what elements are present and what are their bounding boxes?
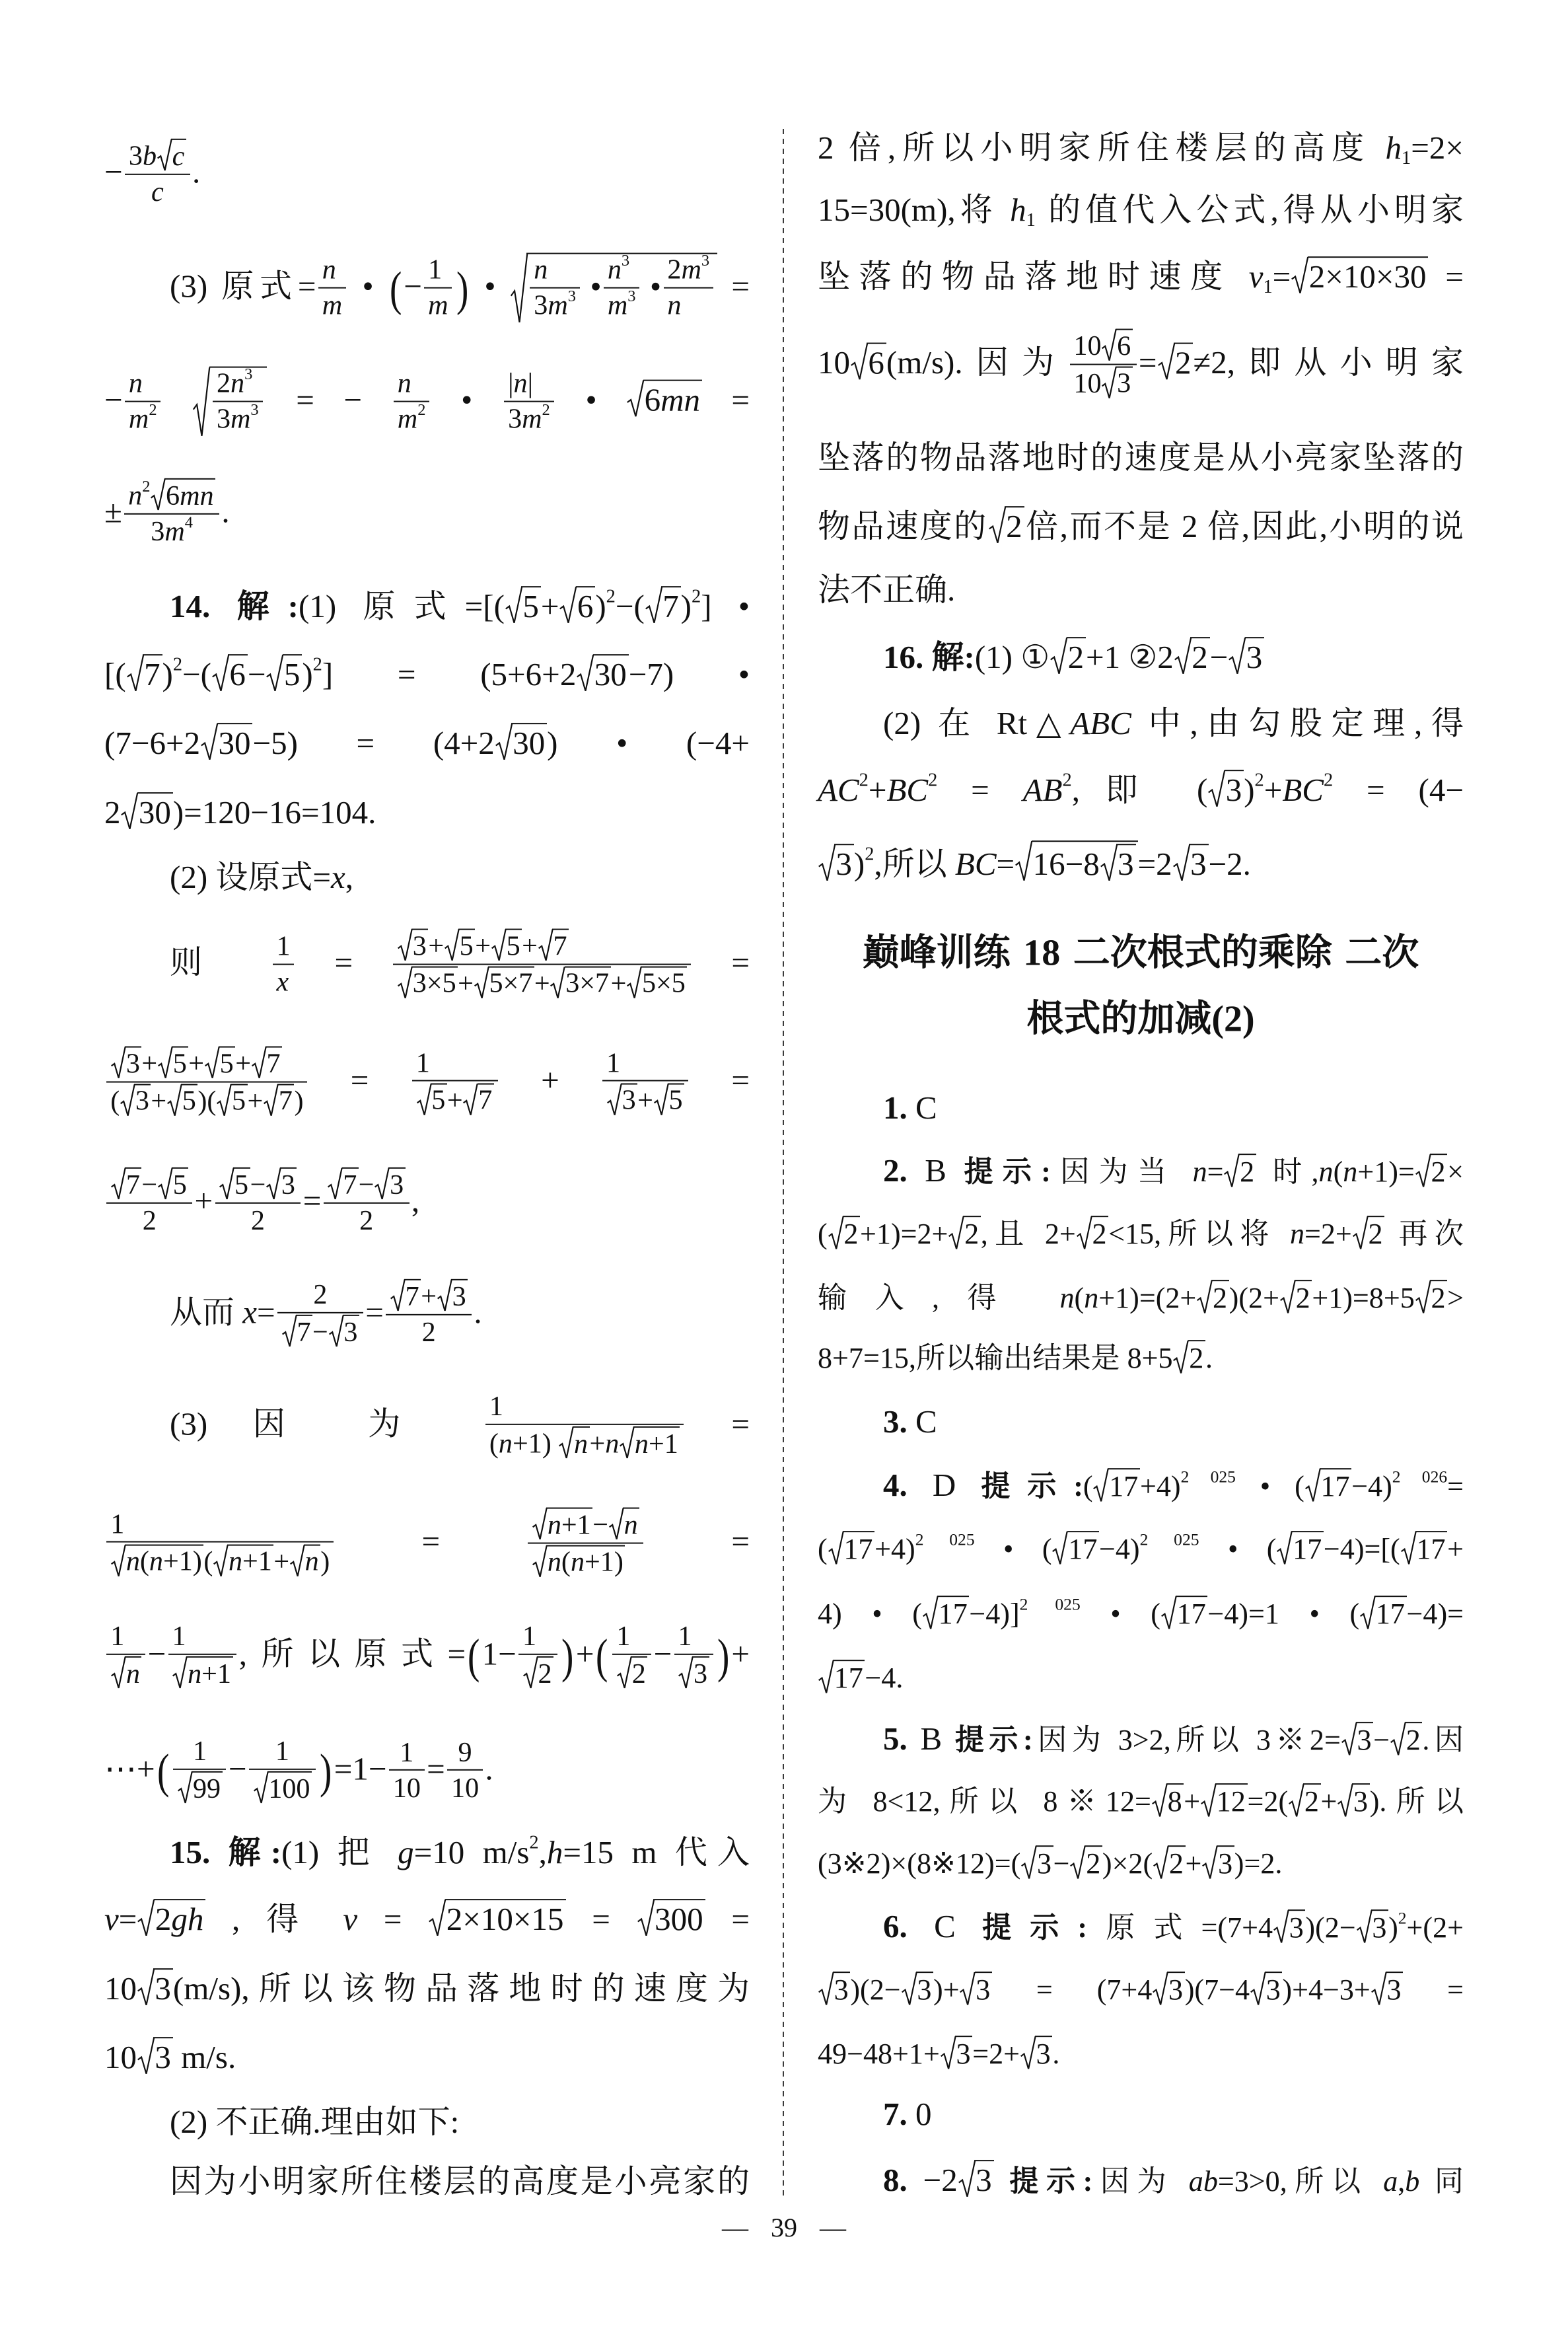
math-variable: g [398,1834,414,1870]
math-variable: n [499,1428,513,1459]
radicand: 17 [1176,1596,1207,1630]
radicand: 3 [916,1972,933,2006]
q13-solution-line: (3) 原式=nm • (−1m) • n3m3 •n3m3 •2m3n = [104,253,750,324]
fraction-numerator: 3bc [125,139,190,174]
radicand: 6 [1116,329,1132,361]
radicand: 5 [668,1083,684,1115]
math-variable: n [322,254,336,285]
math-variable: n [188,1658,201,1689]
radicand: 7 [552,929,569,961]
fraction-denominator: m2 [394,402,429,435]
radical-sign [1341,1722,1357,1756]
hint-text: 提示:因为 ab=3>0,所以 a,b 同 [1009,2165,1464,2197]
hint-text: 49−48+1+3=2+3. [818,2038,1059,2070]
fraction-denominator: 3 [674,1655,713,1690]
fraction-numerator: 106 [1070,329,1137,365]
math-variable: m [398,404,417,435]
square-root: 7 [282,1315,312,1347]
square-root: 17 [923,1596,970,1630]
square-root: 5×5 [627,966,687,998]
radical-sign [627,380,643,417]
roman-text: 18 [1023,933,1060,974]
radicand: 5×5 [641,966,687,998]
q15-solution-line: 法不正确. [818,569,1464,611]
radicand: 7 [143,654,162,691]
fraction-denominator: 2 [106,1204,192,1237]
fraction-denominator: x [273,965,295,998]
math-variable: n [1084,1282,1098,1314]
fraction-denominator: 3m2 [504,402,553,435]
square-root: 6 [851,342,886,379]
fraction: nm2 [394,368,429,435]
radicand: 3 [1225,770,1244,807]
radical-sign [111,1544,125,1576]
square-root: 2 [828,1216,860,1250]
radicand: 3 [834,844,853,881]
q14-solution-line: (2) 设原式=x, [104,856,750,899]
square-root: 2 [1070,1846,1102,1880]
square-root: 3 [1102,366,1132,398]
exponent: 2 025 [1181,1467,1236,1487]
hint-text: 4) • (17−4)]2 025 • (17−4)=1 • (17−4)= [818,1598,1464,1630]
exponent: 3 [568,287,576,305]
bold-label: 提示: [982,1911,1087,1944]
fraction-numerator: 1 [412,1047,498,1082]
square-root: 3 [1153,1972,1184,2006]
math-variable: n [305,1546,319,1577]
radical-sign [609,1508,624,1540]
q15-solution-line: 103(m/s),所以该物品落地时的速度为 [104,1968,750,2010]
fraction-denominator: 2 [386,1315,472,1348]
left-column: −3bcc. (3) 原式=nm • (−1m) • n3m3 •n3m3 •2… [104,0,750,2325]
hint-text: 提示:原式=(7+43)(2−3)2+(2+ [982,1911,1464,1944]
radical-sign [1353,1216,1368,1250]
math-variable: n [514,368,528,399]
radicand: 12 [1215,1784,1247,1818]
math-variable: m [681,254,701,285]
math-variable: h [547,1834,563,1870]
radical-sign [1161,1596,1176,1630]
radical-sign [532,1545,547,1577]
square-root: 17 [1360,1596,1407,1630]
radical-sign [1100,844,1117,881]
fraction-numerator: |n| [504,368,553,402]
radicand: 17 [833,1660,865,1694]
radical-sign [617,1656,631,1689]
q15-solution-line: 2 倍,所以小明家所住楼层的高度 h1=2× [818,127,1464,169]
square-root: 5 [445,929,475,961]
fraction: 13 [674,1621,713,1689]
radical-sign [127,654,143,691]
radicand: 7 [125,1167,141,1200]
roman-text: m/s [184,1970,231,2007]
exponent: 2 [692,586,701,607]
radicand: 5 [505,929,522,961]
exponent: 2 [606,586,616,607]
square-root: 2 [1415,1154,1447,1188]
radicand: 2 [1174,342,1193,379]
fraction-denominator: 2 [324,1204,410,1237]
math-variable: x [242,1294,257,1330]
radical-sign [137,1899,154,1936]
radicand: 3 [451,1279,468,1311]
square-root: 12 [1201,1784,1248,1818]
q13-solution-line: −3bcc. [104,141,750,209]
fraction-denominator: 3m4 [124,515,219,548]
radical-sign [254,1771,268,1804]
square-root: 3 [1337,1784,1369,1818]
answer-5-hint-line: (3※2)×(8※12)=(3−2)×2(2+3)=2. [818,1841,1464,1884]
exponent: 2 026 [1392,1467,1447,1487]
roman-text: m/s [483,1834,530,1870]
q15-solution-line: 坠落的物品落地时速度 v1=2×10×30 = [818,256,1464,298]
radical-sign [902,1972,917,2006]
radical-sign [637,1899,654,1936]
radicand: 6 [867,342,886,379]
exponent: 2 [1255,770,1264,790]
square-root: 2 [1353,1216,1384,1250]
radicand: 3 [411,929,428,961]
radicand: 5 [231,1084,247,1116]
radicand: 3 [1356,1722,1373,1756]
math-variable: v [104,1901,119,1937]
fraction-numerator: n26mn [124,478,219,514]
radical-sign [329,1315,343,1347]
exponent: 3 [250,401,258,419]
radical-sign [627,966,641,998]
square-root: 2 [523,1656,553,1689]
answer-key-page: −3bcc. (3) 原式=nm • (−1m) • n3m3 •n3m3 •2… [0,0,1568,2325]
radical-sign [137,2037,154,2074]
exponent: 3 [701,252,709,270]
q15-solution-line: (2) 不正确.理由如下: [104,2101,750,2143]
radicand: 2×10×30 [1308,256,1429,293]
hint-text: (3※2)×(8※12)=(3−2)×2(2+3)=2. [818,1847,1282,1880]
square-root: n [111,1656,141,1689]
fraction-numerator: 7−3 [324,1167,410,1203]
math-variable: m [231,404,250,435]
subscript: 1 [1402,148,1411,168]
exponent: 2 [865,844,874,864]
math-variable: x [277,966,289,997]
q13-solution-line: −nm2 2n33m3 = − nm2 • |n|3m2 • 6mn = [104,367,750,437]
square-root: 2 [1153,1846,1185,1880]
radicand: n+1 [227,1544,273,1576]
hint-text: 为 8<12,所以 8※12=8+12=2(2+3).所以 [818,1785,1464,1818]
radicand: 5 [172,1167,188,1200]
bold-label: 6. [883,1908,908,1944]
answer-7-line: 7. 0 [818,2093,1464,2135]
square-root: 3 [374,1167,405,1200]
roman-text: D [933,1467,956,1503]
radical-sign [1173,844,1190,881]
radicand: 3 [955,2036,972,2070]
radical-sign [948,1216,964,1250]
radical-sign [851,342,867,379]
fraction-denominator: m3 [604,289,639,322]
fraction-numerator: 1 [518,1621,557,1655]
square-root: 3 [1250,1972,1282,2006]
radicand: 2 [1303,1784,1320,1818]
math-variable: n [548,1510,561,1541]
square-root: 6 [559,586,595,623]
roman-text: m/s [181,2039,228,2075]
fraction: 12 [612,1621,651,1689]
answer-2-hint-line: (2+1)=2+2,且 2+2<15,所以将 n=2+2 再次 [818,1212,1464,1254]
square-root: n [609,1508,639,1540]
q16-solution-line: 3)2,所以 BC=16−83=23−2. [818,840,1464,885]
math-variable: b [1405,2165,1419,2197]
radicand: 2 [1091,1216,1108,1250]
square-root: 3 [111,1047,141,1079]
math-variable: ab [1189,2165,1218,2197]
q15-solution-line: 坠落的物品落地时的速度是从小亮家坠落的 [818,437,1464,479]
square-root: 7 [538,929,569,961]
fraction: n3m3 [530,254,579,322]
radicand: n(n+1) [546,1545,625,1577]
square-root: 3 [607,1083,637,1115]
radicand: 3 [974,2160,993,2197]
page-number-value: 39 [771,2213,797,2242]
radical-sign [1202,1846,1217,1880]
square-root: n+1 [532,1508,592,1540]
fraction-denominator: 2 [518,1655,557,1690]
radicand: 99 [192,1771,222,1804]
exponent: 2 [542,401,550,419]
radical-sign [266,1167,281,1200]
fraction: nm2 [125,368,160,435]
fraction: |n|3m2 [504,368,553,435]
fraction: 910 [447,1737,483,1804]
radicand: 7 [277,1084,294,1116]
square-root: 3 [1020,2036,1052,2070]
math-variable: n [126,1658,140,1689]
radical-sign [491,929,506,961]
math-variable: n [126,1546,140,1577]
radicand: 2 [1085,1846,1102,1880]
page-number-left-dash: — [722,2215,748,2241]
radicand: 2 [1295,1280,1312,1314]
square-root: 3×7 [550,966,610,998]
exponent: 2 025 [915,1530,975,1549]
radicand: 17 [843,1532,874,1565]
fraction-denominator: n(n+1) [528,1543,643,1578]
fraction: 1n+1 [168,1621,237,1689]
radical-sign [1174,637,1191,674]
square-root: 5 [217,1084,247,1116]
exponent: 3 [627,287,635,305]
square-root: 5×7 [474,966,534,998]
math-variable: h [1010,192,1026,228]
radical-sign [264,1084,278,1116]
radical-sign [1158,342,1174,379]
subscript: 1 [1026,210,1036,231]
answer-3-line: 3. C [818,1401,1464,1443]
square-root: 3 [329,1315,359,1347]
hint-text: 提示:(17+4)2 025 • (17−4)2 026= [981,1470,1464,1502]
math-variable: n [624,1510,638,1541]
square-root: 2 [1224,1154,1256,1188]
square-root: 3 [678,1656,709,1689]
math-variable: a [1383,2165,1398,2197]
radical-sign [1229,637,1245,674]
square-root: 30 [577,654,628,691]
square-root: 17 [1161,1596,1208,1630]
radicand: n [623,1508,639,1540]
q15-solution-line: 15=30(m),将 h1 的值代入公式,得从小明家 [818,189,1464,231]
radical-sign [1280,1280,1295,1314]
radicand: n [304,1544,320,1576]
radical-sign [167,1084,182,1116]
radical-sign [390,1279,405,1311]
math-variable: m [164,516,184,547]
square-root: 7 [645,586,681,623]
radical-sign [201,723,217,760]
square-root: 2n33m3 [193,367,267,437]
radicand: n [573,1426,589,1459]
radical-sign [654,1083,668,1115]
radicand: 2 [631,1656,647,1689]
radical-sign [1070,1846,1085,1880]
square-root: 7 [463,1083,493,1115]
fraction: 3+5+5+73×5+5×7+3×7+5×5 [393,929,691,1000]
radical-sign [1337,1784,1353,1818]
square-root: 5 [654,1083,684,1115]
square-root: 17 [1052,1532,1099,1565]
radical-sign [958,2160,975,2197]
answer-6-hint-line: 3)(2−3)+3 = (7+43)(7−43)+4−3+3 = [818,1968,1464,2010]
fraction-numerator: 1 [106,1621,145,1655]
large-parenthesis: ( [390,267,402,311]
hint-text: (17+4)2 025 • (17−4)2 025 • (17−4)=[(17+ [818,1533,1464,1565]
math-variable: BC [1282,772,1324,808]
q14-solution-line: 则 1x = 3+5+5+73×5+5×7+3×7+5×5 = [104,931,750,1002]
radicand: 7 [404,1279,421,1311]
radicand: 3 [1352,1784,1369,1818]
fraction-denominator: n [664,289,713,322]
radical-sign [1093,1469,1108,1502]
bold-label: 提示: [981,1470,1083,1502]
square-root: n(n+1) [532,1545,625,1577]
radical-sign [158,1047,172,1079]
square-root: n+1 [620,1426,680,1459]
radical-sign [818,1972,834,2006]
radical-sign [505,586,522,623]
fraction: n+1−nn(n+1) [528,1508,643,1578]
fraction-numerator: 1 [273,931,295,965]
column-divider [783,129,784,2196]
square-root: 7 [111,1167,141,1200]
square-root: 2×10×30 [1291,256,1428,293]
fraction-numerator: 1 [389,1737,425,1771]
section-heading-line: 巅峰训练 18 二次根式的乘除 二次 [818,930,1464,978]
math-variable: v [1249,258,1264,295]
fraction-numerator: 1 [168,1621,237,1655]
fraction: 1100 [249,1736,316,1804]
radicand: 3 [343,1315,359,1347]
radical-sign [818,844,835,881]
math-variable: n [229,1546,242,1577]
radical-sign [111,1047,125,1079]
answer-8-line: 8. −23 提示:因为 ab=3>0,所以 a,b 同 [818,2159,1464,2201]
q15-solution-line: 15. 解:(1) 把 g=10 m/s2,h=15 m 代入 [104,1831,750,1874]
q14-solution-line: ⋯+(199−1100)=1−110=910. [104,1738,750,1806]
radicand: 3 [1288,1910,1305,1944]
bold-label: 提示: [1009,2165,1092,2197]
fraction-numerator: 9 [447,1737,483,1771]
square-root: c [157,139,186,171]
bold-label: 5. [883,1720,908,1757]
math-variable: ABC [1070,705,1131,741]
radical-sign [437,1279,452,1311]
math-variable: n [571,1547,585,1578]
radicand: 2n33m3 [209,367,267,437]
radical-sign [111,1656,125,1689]
square-root: 3 [437,1279,468,1311]
square-root: n(n+1) [111,1544,203,1576]
radicand: 17 [1320,1469,1351,1502]
answer-2-hint-line: 输入,得 n(n+1)=(2+2)(2+2+1)=8+52> [818,1276,1464,1318]
radical-sign [1197,1280,1212,1314]
roman-text: (2) [1211,999,1254,1040]
exponent: 2 [313,654,322,675]
q15-solution-line: v=2gh , 得 v = 2×10×15 = 300 = [104,1898,750,1940]
radicand: n+1 [546,1508,592,1540]
exponent: 2 025 [1140,1530,1199,1549]
fraction-numerator: n [530,254,579,289]
radicand: 2 [1188,1341,1205,1374]
radicand: 6mn [164,478,215,511]
radical-sign [172,1656,187,1689]
page-number: —39— [0,2215,1568,2241]
square-root: 3 [1100,844,1136,881]
square-root: 2 [1197,1280,1229,1314]
radicand: 17 [1291,1532,1323,1565]
hint-text: 输入,得 n(n+1)=(2+2)(2+2+1)=8+52> [818,1282,1464,1314]
math-variable: gh [171,1901,203,1937]
square-root: 3 [1357,1910,1388,1944]
radicand: 5 [283,654,302,691]
fraction-denominator: 3m3 [213,402,262,435]
radical-sign [1208,770,1225,807]
radicand: 3×5 [411,966,458,998]
hint-text: 提示:因为当 n=2 时,n(n+1)=2× [964,1156,1464,1188]
radicand: 3 [1245,637,1264,674]
radical-sign [1224,1154,1239,1188]
fraction-denominator: 99 [173,1770,226,1805]
math-variable: n [1193,1156,1207,1188]
bold-label: 4. [883,1467,908,1503]
exponent: 2 [1398,1909,1407,1928]
radicand: 2 [537,1656,553,1689]
fraction-numerator: 1 [674,1621,713,1655]
hint-text: 3)(2−3)+3 = (7+43)(7−43)+4−3+3 = [818,1974,1464,2006]
square-root: 100 [254,1771,312,1804]
fraction-denominator: 3×5+5×7+3×7+5×5 [393,965,691,1000]
square-root: 7 [127,654,162,691]
radicand: 2 [1005,506,1024,543]
square-root: 3 [120,1084,151,1116]
roman-text: C [934,1908,956,1944]
radicand: 30 [511,723,547,760]
radical-sign [550,966,565,998]
radicand: 3 [1217,1846,1234,1880]
fraction-denominator: m [318,289,346,322]
hint-text: 17−4. [818,1662,903,1694]
roman-text: C [915,1403,937,1440]
radicand: 2 [843,1216,860,1250]
fraction-numerator: 3+5+5+7 [393,929,691,965]
